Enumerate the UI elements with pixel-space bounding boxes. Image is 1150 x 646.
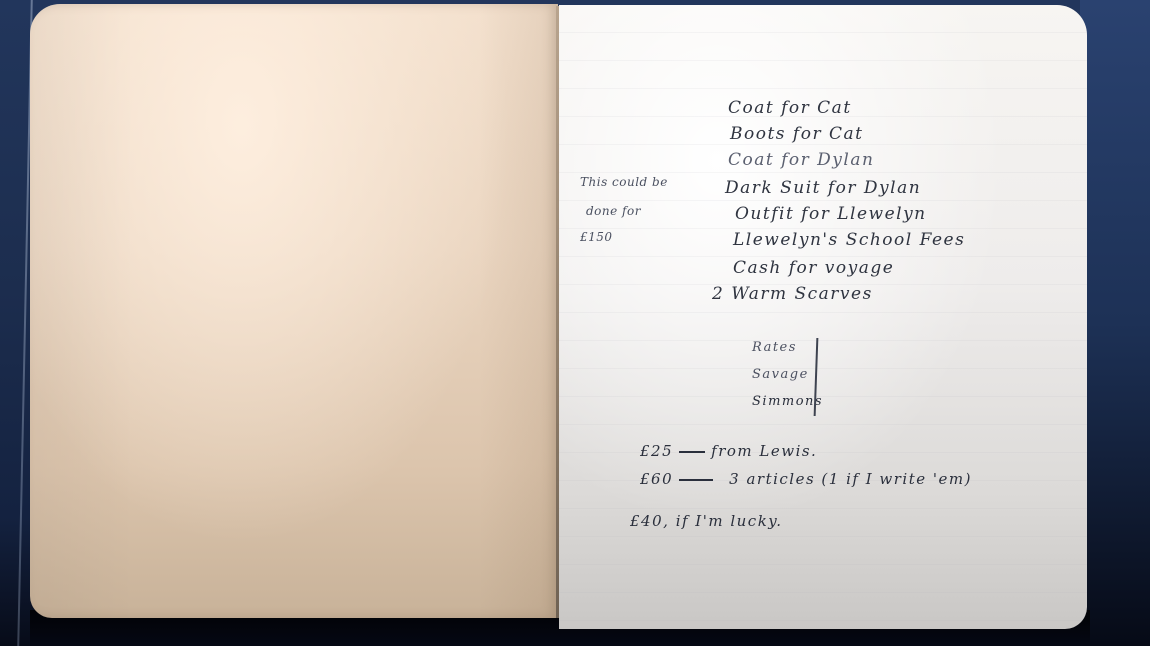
money-text: from Lewis. <box>711 442 817 460</box>
list-item: Llewelyn's School Fees <box>733 230 965 250</box>
name-item: Simmons <box>752 394 823 409</box>
side-note-line: done for <box>586 204 641 218</box>
money-amount: £60 <box>640 470 673 488</box>
dash <box>679 451 705 453</box>
money-line: £25from Lewis. <box>640 442 817 460</box>
background-right <box>1080 0 1150 646</box>
list-item: Boots for Cat <box>730 124 863 144</box>
list-item: 2 Warm Scarves <box>712 284 873 304</box>
money-text: if I'm lucky. <box>676 512 783 530</box>
side-note-line: £150 <box>580 230 613 244</box>
list-item: Coat for Dylan <box>728 150 874 170</box>
list-item: Coat for Cat <box>728 98 852 118</box>
list-item: Dark Suit for Dylan <box>725 178 921 198</box>
money-text: 3 articles (1 if I write 'em) <box>729 470 972 488</box>
name-item: Savage <box>752 367 809 382</box>
list-item: Cash for voyage <box>733 258 894 278</box>
list-item: Outfit for Llewelyn <box>735 204 927 224</box>
dash <box>679 479 713 481</box>
money-line: £40, if I'm lucky. <box>630 512 783 530</box>
money-amount: £25 <box>640 442 673 460</box>
name-item: Rates <box>752 340 797 355</box>
left-page <box>30 4 558 618</box>
money-amount: £40, <box>630 512 669 530</box>
side-note-line: This could be <box>580 175 668 189</box>
money-line: £603 articles (1 if I write 'em) <box>640 470 972 488</box>
